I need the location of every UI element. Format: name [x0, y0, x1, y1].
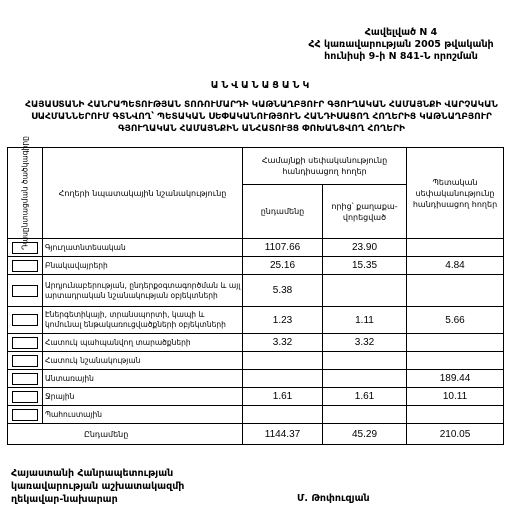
header-of-which: որից՝ քաղաքա-վորեցված — [323, 185, 407, 239]
community-of-which — [323, 352, 407, 370]
totals-label: Ընդամենը — [8, 424, 243, 445]
code-box — [12, 285, 38, 297]
annex-note: Հավելված N 4 ՀՀ կառավարության 2005 թվակա… — [291, 27, 511, 63]
community-total — [243, 370, 323, 388]
state-land: 10.11 — [407, 388, 504, 406]
annex-line-1: Հավելված N 4 — [291, 27, 511, 39]
code-box — [12, 314, 38, 326]
header-total: ընդամենը — [243, 185, 323, 239]
code-box — [12, 260, 38, 272]
community-of-which — [323, 275, 407, 307]
community-of-which: 1.11 — [323, 307, 407, 334]
land-purpose: Պահուստային — [43, 406, 243, 424]
community-total: 1.23 — [243, 307, 323, 334]
annex-line-2: ՀՀ կառավարության 2005 թվականի — [291, 39, 511, 51]
code-box — [12, 355, 38, 367]
community-total — [243, 352, 323, 370]
code-cell — [8, 334, 43, 352]
land-table: Դասընտացման ծածկագիրը Հողերի նպատակային … — [7, 147, 504, 445]
community-total — [243, 406, 323, 424]
table-row: Պահուստային — [8, 406, 504, 424]
code-cell — [8, 257, 43, 275]
code-box — [12, 409, 38, 421]
totals-row: Ընդամենը 1144.37 45.29 210.05 — [8, 424, 504, 445]
community-of-which: 23.90 — [323, 239, 407, 257]
state-land: 5.66 — [407, 307, 504, 334]
land-purpose: Ջրային — [43, 388, 243, 406]
table-row: Գյուղատնտեսական1107.6623.90 — [8, 239, 504, 257]
document-subtitle: ՀԱՅԱՍՏԱՆԻ ՀԱՆՐԱՊԵՏՈՒԹՅԱՆ ՏՈՌՈՒՄԱՐԴԻ ԿԱԹՆ… — [6, 99, 517, 135]
state-land — [407, 275, 504, 307]
land-purpose: Անտառային — [43, 370, 243, 388]
code-cell — [8, 307, 43, 334]
land-purpose: Էներգետիկայի, տրանսպորտի, կապի և կոմունա… — [43, 307, 243, 334]
header-code: Դասընտացման ծածկագիրը — [8, 148, 43, 239]
signature-line-1: Հայաստանի Հանրապետության — [11, 467, 184, 480]
header-name: Հողերի նպատակային նշանակությունը — [43, 148, 243, 239]
signature-block: Հայաստանի Հանրապետության կառավարության ա… — [11, 467, 184, 506]
code-cell — [8, 352, 43, 370]
header-community-group: Համայնքի սեփականությունը հանդիսացող հողե… — [243, 148, 407, 185]
table-row: Հատուկ նշանակության — [8, 352, 504, 370]
community-of-which: 3.32 — [323, 334, 407, 352]
header-state: Պետական սեփականությունը հանդիսացող հողեր — [407, 148, 504, 239]
state-land — [407, 406, 504, 424]
totals-state: 210.05 — [407, 424, 504, 445]
community-total: 5.38 — [243, 275, 323, 307]
document-title: ԱՆՎԱՆԱՑԱՆԿ — [0, 80, 523, 91]
code-cell — [8, 275, 43, 307]
community-of-which — [323, 370, 407, 388]
community-total: 1107.66 — [243, 239, 323, 257]
community-total: 1.61 — [243, 388, 323, 406]
land-purpose: Հատուկ նշանակության — [43, 352, 243, 370]
code-box — [12, 337, 38, 349]
community-of-which: 15.35 — [323, 257, 407, 275]
land-purpose: Գյուղատնտեսական — [43, 239, 243, 257]
table-row: Արդյունաբերության, ընդերքօգտագործման և ա… — [8, 275, 504, 307]
signature-line-2: կառավարության աշխատակազմի — [11, 480, 184, 493]
community-total: 25.16 — [243, 257, 323, 275]
code-box — [12, 373, 38, 385]
land-purpose: Արդյունաբերության, ընդերքօգտագործման և ա… — [43, 275, 243, 307]
totals-of-which: 45.29 — [323, 424, 407, 445]
totals-total: 1144.37 — [243, 424, 323, 445]
state-land — [407, 334, 504, 352]
table-row: Անտառային189.44 — [8, 370, 504, 388]
table-row: Բնակավայրերի25.1615.354.84 — [8, 257, 504, 275]
code-box — [12, 391, 38, 403]
state-land — [407, 239, 504, 257]
code-cell — [8, 388, 43, 406]
signer-name: Մ. Թոփուզյան — [297, 493, 370, 504]
code-cell — [8, 370, 43, 388]
table-row: Էներգետիկայի, տրանսպորտի, կապի և կոմունա… — [8, 307, 504, 334]
table-row: Ջրային1.611.6110.11 — [8, 388, 504, 406]
signature-line-3: ղեկավար-նախարար — [11, 493, 184, 506]
land-purpose: Բնակավայրերի — [43, 257, 243, 275]
state-land: 4.84 — [407, 257, 504, 275]
land-purpose: Հատուկ պահպանվող տարածքների — [43, 334, 243, 352]
community-of-which: 1.61 — [323, 388, 407, 406]
community-of-which — [323, 406, 407, 424]
table-row: Հատուկ պահպանվող տարածքների3.323.32 — [8, 334, 504, 352]
code-cell — [8, 406, 43, 424]
community-total: 3.32 — [243, 334, 323, 352]
state-land — [407, 352, 504, 370]
state-land: 189.44 — [407, 370, 504, 388]
annex-line-3: հունիսի 9-ի N 841-Ն որոշման — [291, 51, 511, 63]
